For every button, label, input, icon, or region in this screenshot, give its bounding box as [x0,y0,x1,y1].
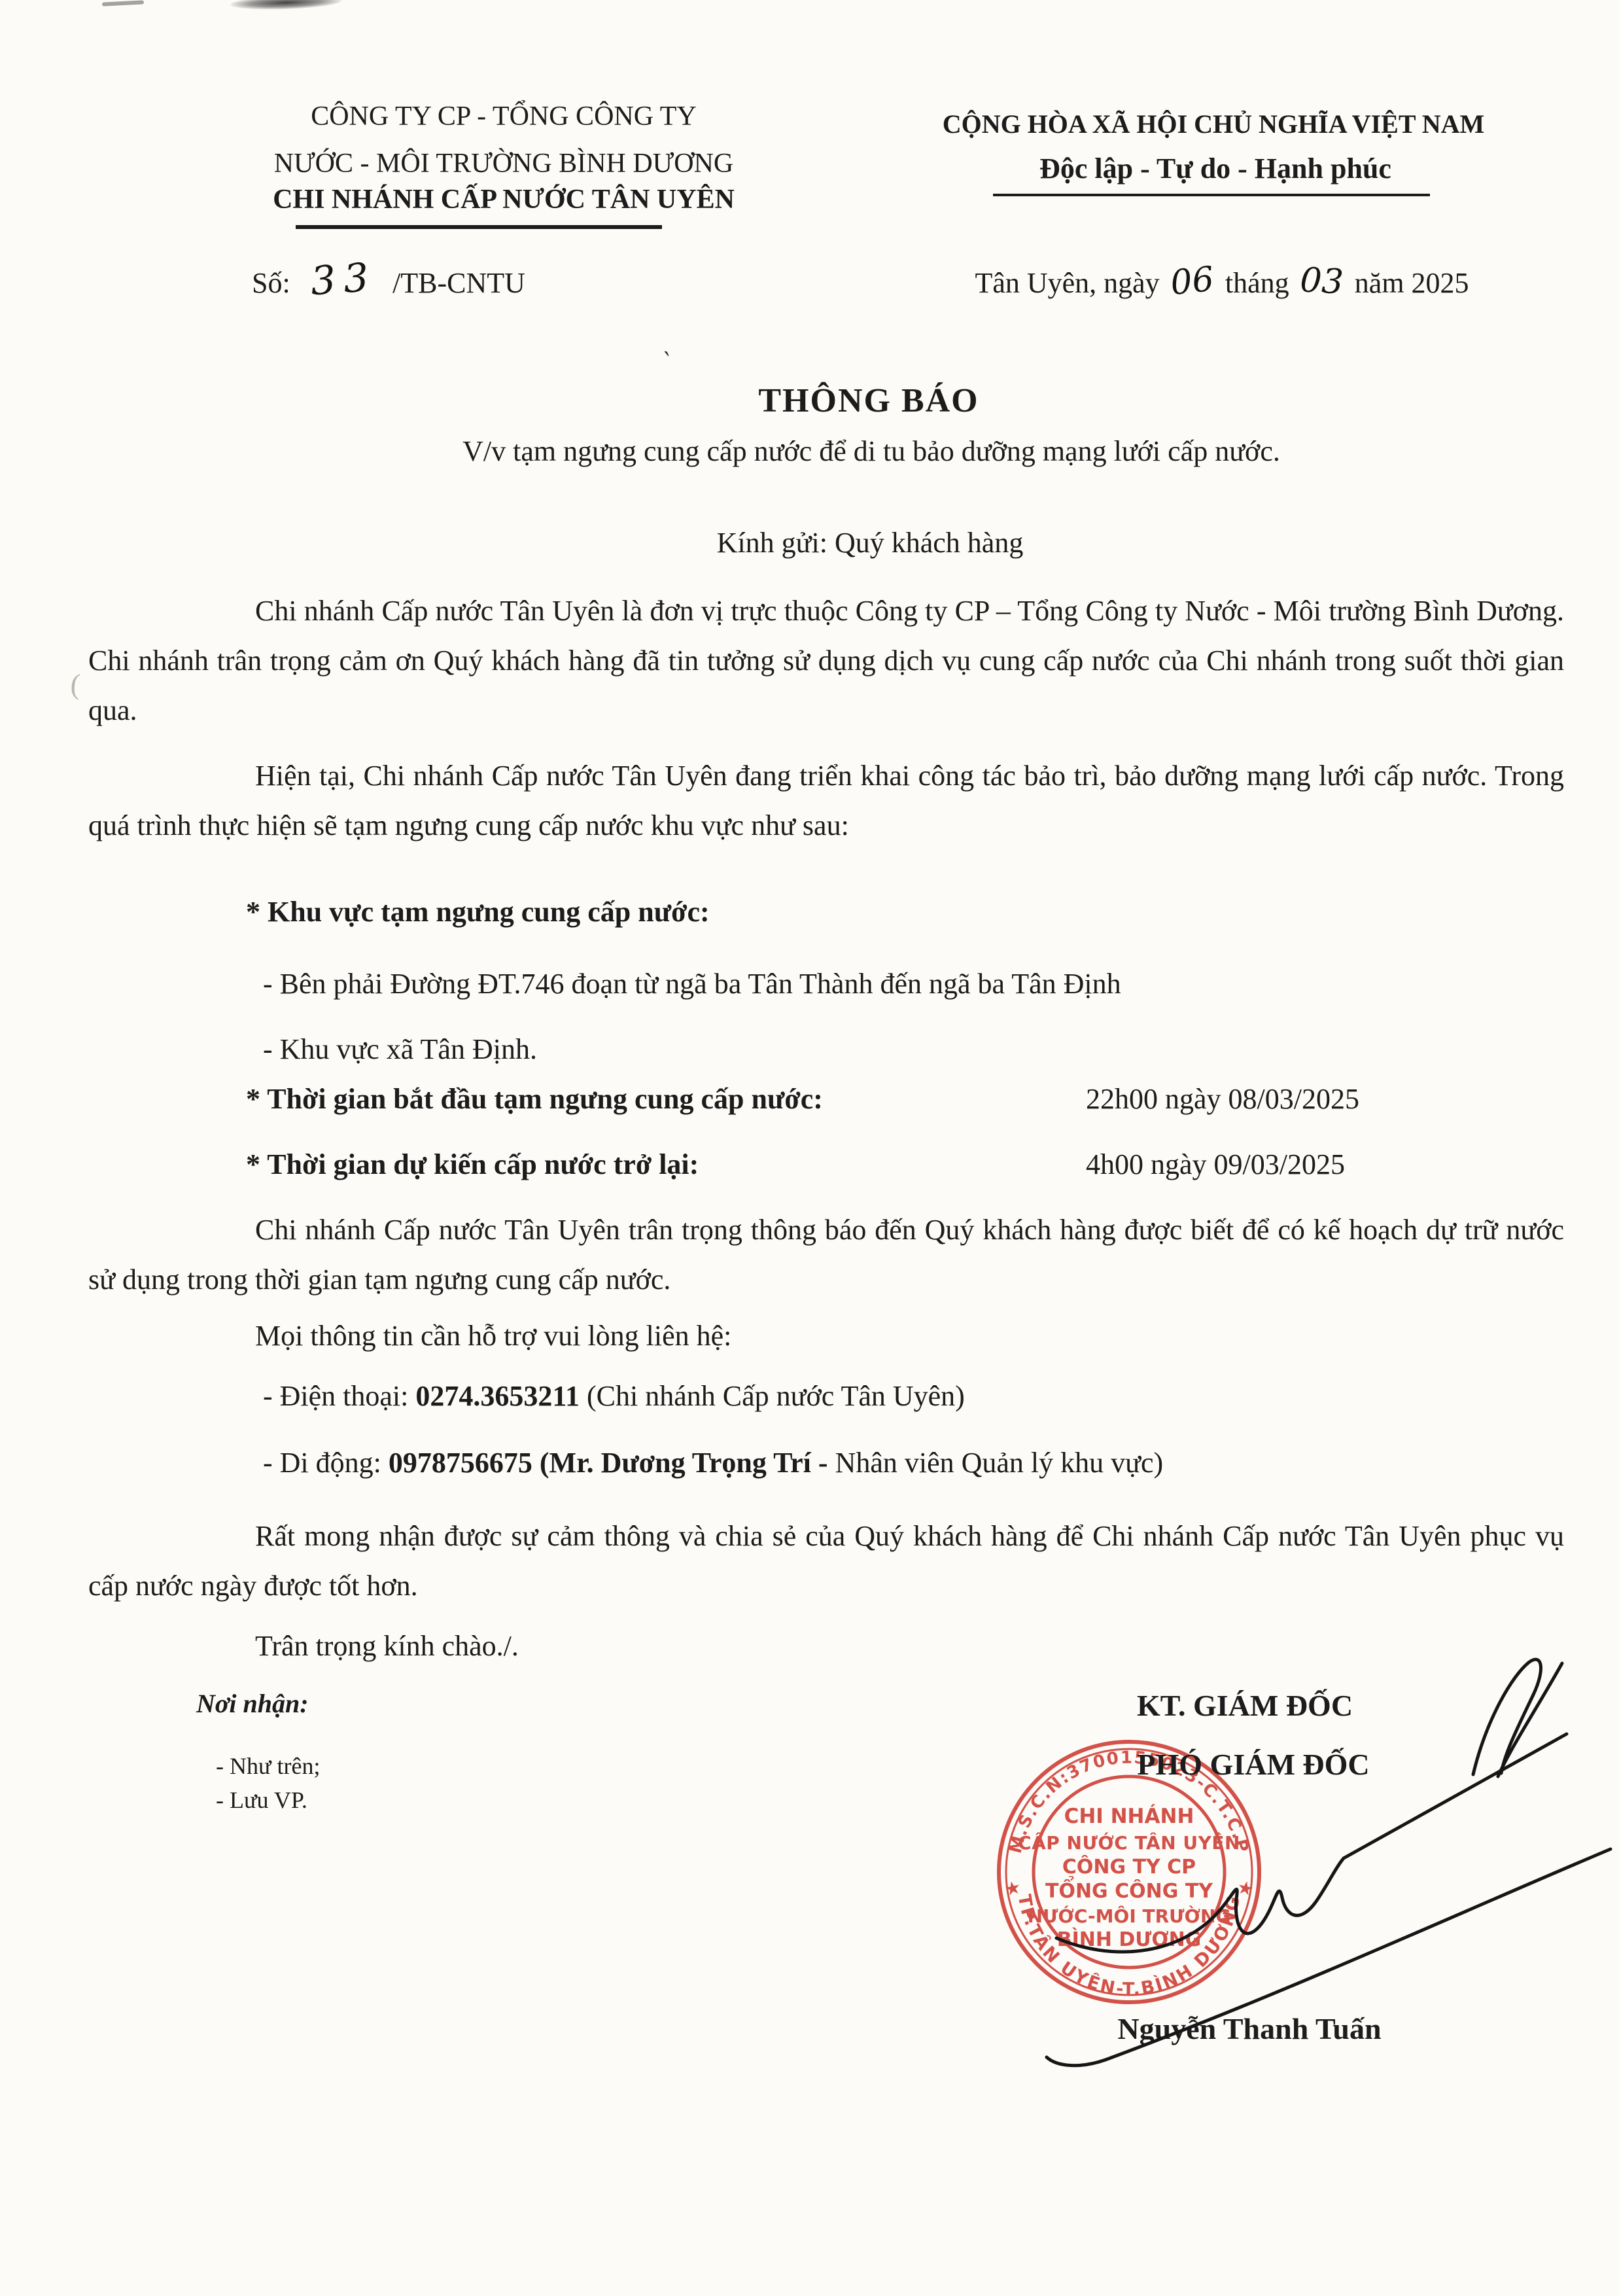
signature-flourish-slash [1498,1663,1562,1776]
recipient-item-1: - Như trên; [216,1751,320,1781]
mobile-label: - Di động: [263,1447,389,1479]
scan-smudge [230,0,342,11]
stamp-line-6: BÌNH DƯƠNG [1057,1928,1202,1951]
stray-tick-mark: ` [657,345,673,377]
time-start-value: 22h00 ngày 08/03/2025 [1086,1080,1359,1119]
stamp-line-1: CHI NHÁNH [1064,1805,1194,1828]
scan-corner-mark [102,0,144,6]
stray-paren-mark: ( [69,667,81,701]
paragraph-intro: Chi nhánh Cấp nước Tân Uyên là đơn vị tr… [88,586,1564,735]
phone-number: 0274.3653211 [415,1380,580,1412]
area-item-2: - Khu vực xã Tân Định. [263,1030,537,1069]
recipients-label: Nơi nhận: [196,1688,309,1719]
motto-underline [993,194,1430,196]
recipient-item-2: - Lưu VP. [216,1785,307,1815]
phone-note: (Chi nhánh Cấp nước Tân Uyên) [580,1380,965,1412]
stamp-line-5: NƯỚC-MÔI TRƯỜNG [1028,1905,1231,1927]
section-area-heading: * Khu vực tạm ngưng cung cấp nước: [246,892,710,932]
national-motto-line1: CỘNG HÒA XÃ HỘI CHỦ NGHĨA VIỆT NAM [943,109,1485,139]
org-parent-line1: CÔNG TY CP - TỔNG CÔNG TY [311,99,697,133]
doc-number-label: Số: [252,267,290,299]
stamp-star-right-icon: ★ [1235,1877,1255,1901]
signer-name: Nguyễn Thanh Tuấn [1117,2011,1381,2046]
national-motto-line2: Độc lập - Tự do - Hạnh phúc [1039,152,1391,185]
doc-number-suffix: /TB-CNTU [392,267,525,299]
scanned-notice-page: ` ( CÔNG TY CP - TỔNG CÔNG TY NƯỚC - MÔI… [0,0,1619,2296]
time-start-label: * Thời gian bắt đầu tạm ngưng cung cấp n… [246,1083,823,1115]
page-title: THÔNG BÁO [758,381,979,420]
mobile-line: - Di động: 0978756675 (Mr. Dương Trọng T… [263,1443,1163,1483]
org-parent-line2: NƯỚC - MÔI TRƯỜNG BÌNH DƯƠNG [274,147,733,181]
date-day-handwritten: 06 [1169,260,1216,304]
date-month-handwritten: 03 [1299,260,1344,302]
place-date-prefix: Tân Uyên, ngày [975,267,1159,299]
stamp-star-left-icon: ★ [1003,1877,1023,1901]
area-item-1: - Bên phải Đường ĐT.746 đoạn từ ngã ba T… [263,964,1121,1004]
phone-label: - Điện thoại: [263,1380,415,1412]
place-date-mid: tháng [1225,267,1289,299]
place-date-suffix: năm 2025 [1355,267,1469,299]
paragraph-notice: Chi nhánh Cấp nước Tân Uyên trân trọng t… [88,1205,1564,1305]
org-branch-name: CHI NHÁNH CẤP NƯỚC TÂN UYÊN [273,183,735,217]
mobile-number-name: 0978756675 (Mr. Dương Trọng Trí - [389,1447,835,1479]
page-subtitle: V/v tạm ngưng cung cấp nước để di tu bảo… [462,434,1280,468]
salutation: Kính gửi: Quý khách hàng [717,526,1024,559]
time-end-label: * Thời gian dự kiến cấp nước trở lại: [246,1148,699,1180]
signer-title-deputy: PHÓ GIÁM ĐỐC [1137,1747,1369,1782]
stamp-line-2: CẤP NƯỚC TÂN UYÊN [1018,1829,1240,1854]
time-end-row: * Thời gian dự kiến cấp nước trở lại: 4h… [246,1145,1554,1184]
doc-number-line: Số: 33 /TB-CNTU [252,256,525,302]
paragraph-sympathy: Rất mong nhận được sự cảm thông và chia … [88,1511,1564,1611]
place-date-line: Tân Uyên, ngày 06 tháng 03 năm 2025 [975,262,1469,301]
time-start-row: * Thời gian bắt đầu tạm ngưng cung cấp n… [246,1080,1554,1119]
signer-title-kt: KT. GIÁM ĐỐC [1137,1688,1353,1723]
org-underline [296,225,662,229]
time-end-value: 4h00 ngày 09/03/2025 [1086,1145,1345,1184]
paragraph-maintenance: Hiện tại, Chi nhánh Cấp nước Tân Uyên đa… [88,751,1564,851]
stamp-line-4: TỔNG CÔNG TY [1045,1875,1213,1903]
doc-number-handwritten: 33 [309,255,377,305]
signature-flourish-loop [1473,1659,1541,1775]
paragraph-contact-intro: Mọi thông tin cần hỗ trợ vui lòng liên h… [255,1316,731,1356]
closing-line: Trân trọng kính chào./. [255,1627,519,1666]
stamp-line-3: CÔNG TY CP [1062,1854,1196,1879]
phone-line: - Điện thoại: 0274.3653211 (Chi nhánh Cấ… [263,1377,965,1416]
mobile-note: Nhân viên Quản lý khu vực) [835,1447,1164,1479]
